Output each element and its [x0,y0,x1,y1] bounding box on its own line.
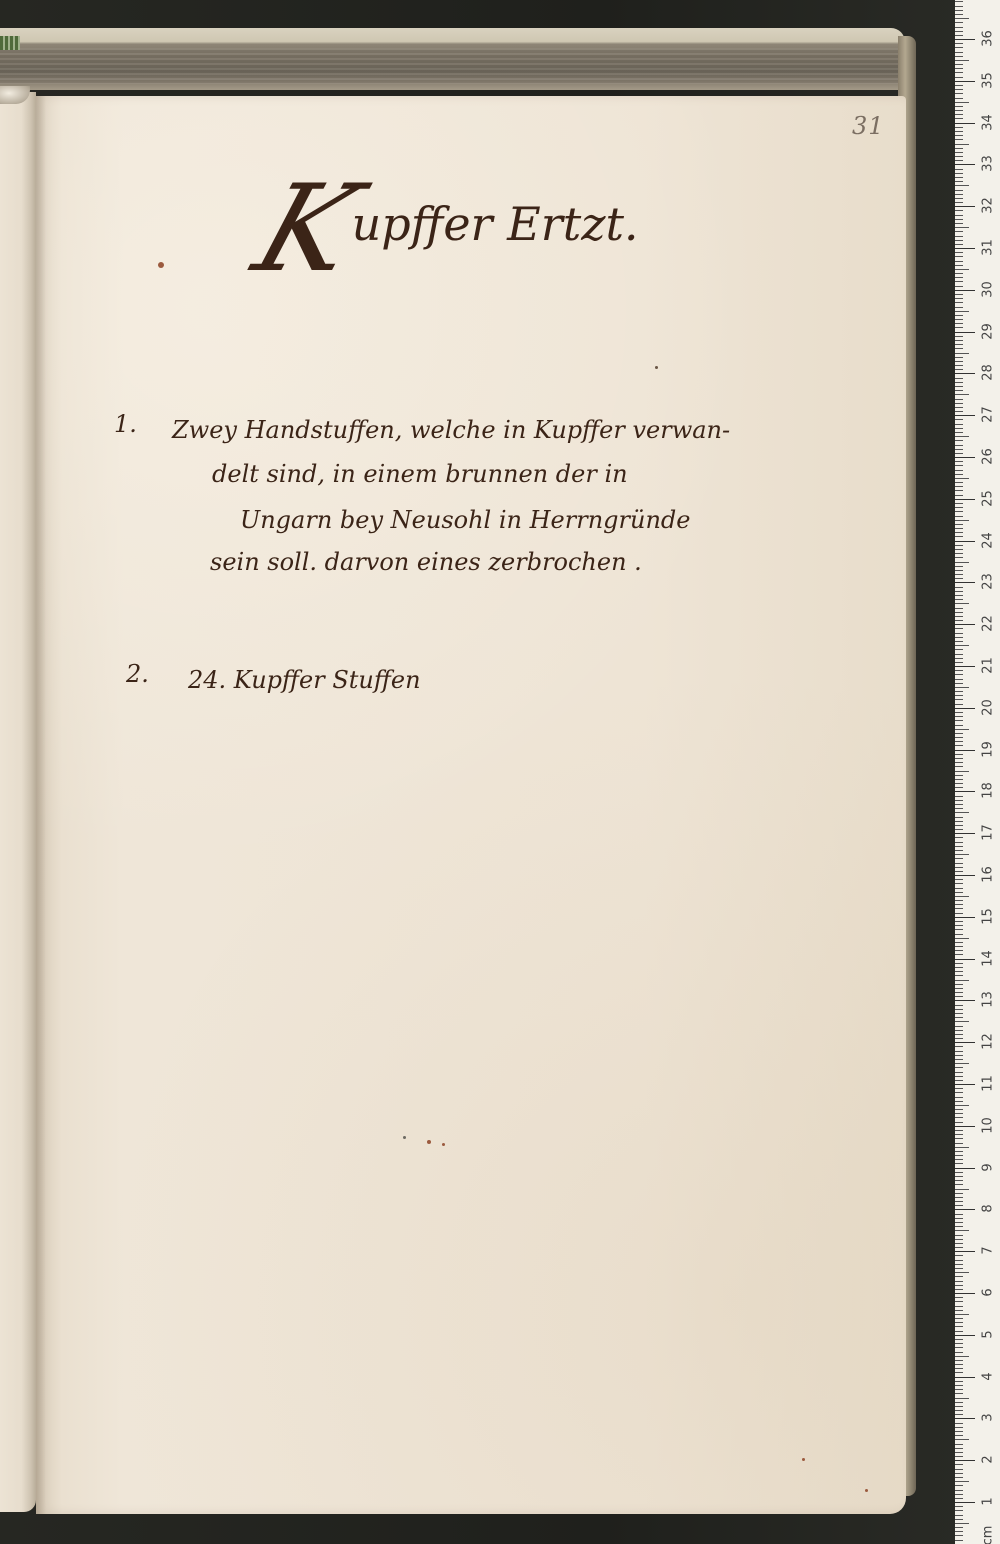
ruler-tick [955,1444,963,1445]
ruler-label: 7 [981,1240,996,1262]
ruler-tick [955,114,963,115]
ruler-tick [955,1059,963,1060]
ruler-tick [955,963,963,964]
ruler-tick [955,14,963,15]
ruler-tick [955,1034,963,1035]
ruler-tick [955,1134,963,1135]
ruler-tick [955,490,963,491]
ruler-tick [955,1456,963,1457]
ruler-label: 3 [981,1407,996,1429]
ruler-tick [955,93,963,94]
ruler-tick [955,733,963,734]
ruler-tick [955,804,963,805]
ruler-tick [955,624,975,625]
ruler-tick [955,545,963,546]
ruler-tick [955,1473,963,1474]
folio-number: 31 [852,112,885,140]
ruler-tick [955,1067,963,1068]
ruler-tick [955,68,963,69]
ruler-tick [955,1055,963,1056]
ruler-tick [955,227,969,228]
ruler-label: 22 [981,613,996,635]
ruler-tick [955,302,963,303]
ruler-tick [955,102,969,103]
ruler-tick [955,1051,963,1052]
ruler-tick [955,373,975,374]
ruler-tick [955,1235,963,1236]
ruler-tick [955,1197,963,1198]
ruler-tick [955,43,963,44]
ruler-tick [955,516,963,517]
ruler-tick [955,612,963,613]
ruler-tick [955,495,963,496]
ruler-tick [955,1485,963,1486]
ruler-tick [955,390,963,391]
ruler-tick [955,135,963,136]
ruler-tick [955,219,963,220]
ruler-tick [955,223,963,224]
ruler-tick [955,486,963,487]
ruler-label: 17 [981,822,996,844]
ruler-tick [955,1072,963,1073]
ruler-label: 27 [981,404,996,426]
ruler-tick [955,1017,963,1018]
ruler-label: 9 [981,1156,996,1178]
ruler-tick [955,315,963,316]
ruler-tick [955,206,975,207]
ruler-tick [955,1230,969,1231]
ruler-tick [955,164,975,165]
ruler-tick [955,72,963,73]
ruler-tick [955,1377,975,1378]
entry-line: sein soll. darvon eines zerbrochen . [210,540,642,584]
ruler-tick [955,954,963,955]
ruler-tick [955,1251,975,1252]
ruler-tick [955,988,963,989]
ruler-tick [955,1092,963,1093]
ruler-tick [955,261,963,262]
ruler-tick [955,566,963,567]
ruler-tick [955,47,963,48]
ruler-label: 18 [981,780,996,802]
ruler-tick [955,449,963,450]
ruler-tick [955,708,975,709]
ruler-tick [955,403,963,404]
ruler-tick [955,1084,975,1085]
paper-speck [655,366,658,369]
ruler-tick [955,716,963,717]
ruler-tick [955,1285,963,1286]
ruler-tick [955,6,963,7]
ruler-tick [955,821,963,822]
ruler-tick [955,1490,963,1491]
ruler-tick [955,1276,963,1277]
ruler-tick [955,975,963,976]
ruler-tick [955,971,963,972]
ruler-tick [955,148,963,149]
ruler-tick [955,1293,975,1294]
ruler-tick [955,796,963,797]
ruler-tick [955,499,975,500]
ruler-tick [955,39,975,40]
ruler-tick [955,332,975,333]
ruler-tick [955,311,969,312]
ruler-tick [955,1026,963,1027]
ruler-tick [955,336,963,337]
ruler-tick [955,1163,963,1164]
ruler-tick [955,754,963,755]
ruler-tick [955,1209,975,1210]
ruler-tick [955,1046,963,1047]
ruler-tick [955,265,963,266]
ruler-tick [955,323,963,324]
ruler-tick [955,194,963,195]
ruler-tick [955,440,963,441]
ruler-tick [955,996,963,997]
ruler-tick [955,1540,963,1541]
ruler-tick [955,1042,975,1043]
ruler-tick [955,791,975,792]
ruler-tick [955,1435,963,1436]
ruler-tick [955,89,963,90]
ruler-tick [955,60,969,61]
ruler-tick [955,528,963,529]
ruler-tick [955,704,963,705]
ruler-tick [955,1372,963,1373]
ruler-tick [955,1427,963,1428]
ruler-tick [955,1502,975,1503]
ruler-tick [955,482,963,483]
ruler-tick [955,394,969,395]
ruler-tick [955,1218,963,1219]
ruler-tick [955,1117,963,1118]
ruler-tick [955,946,963,947]
ruler-tick [955,1439,969,1440]
ruler-tick [955,691,963,692]
ruler-label: 6 [981,1282,996,1304]
ruler-label: 14 [981,947,996,969]
ruler-tick [955,532,963,533]
ruler-tick [955,745,963,746]
ruler-tick [955,511,963,512]
ruler-tick [955,917,975,918]
ruler-tick [955,725,963,726]
ruler-tick [955,139,963,140]
ruler-tick [955,787,963,788]
ruler-label: 8 [981,1198,996,1220]
ruler-tick [955,687,969,688]
ruler-tick [955,779,963,780]
ruler-label: 19 [981,738,996,760]
ruler-tick [955,127,963,128]
ruler-label: 31 [981,237,996,259]
ruler-tick [955,1368,963,1369]
ruler-tick [955,829,963,830]
ruler-tick [955,290,975,291]
ruler-tick [955,1335,975,1336]
ruler-tick [955,1255,963,1256]
ruler-tick [955,800,963,801]
ruler-tick [955,173,963,174]
ruler-tick [955,1469,963,1470]
ruler-tick [955,474,963,475]
ruler-tick [955,1418,975,1419]
ruler-tick [955,942,963,943]
ruler-label: 34 [981,111,996,133]
ruler-tick [955,1088,963,1089]
ruler-tick [955,269,969,270]
ruler-tick [955,1410,963,1411]
ruler-tick [955,281,963,282]
ruler-tick [955,1494,963,1495]
ruler-label: 11 [981,1073,996,1095]
ruler-tick [955,1205,963,1206]
ruler-tick [955,616,963,617]
entry-line: 24. Kupffer Stuffen [188,658,421,702]
ruler-tick [955,56,963,57]
ruler-tick [955,244,963,245]
ruler-tick [955,64,963,65]
ruler-tick [955,641,963,642]
ruler-tick [955,737,963,738]
ruler-tick [955,1477,963,1478]
ruler-tick [955,1339,963,1340]
ruler-tick [955,294,963,295]
ruler-tick [955,461,963,462]
ruler-label: 30 [981,278,996,300]
ruler-tick [955,252,963,253]
ruler-tick [955,1063,969,1064]
page-gutter-shadow [36,96,46,1514]
ruler-tick [955,1193,963,1194]
ruler-tick [955,1414,963,1415]
ruler-tick [955,1159,963,1160]
book-cover-tab [0,36,20,50]
ruler-tick [955,1297,963,1298]
ruler-label: 28 [981,362,996,384]
ruler-tick [955,1326,963,1327]
ruler-tick [955,1452,963,1453]
ruler-tick [955,1009,963,1010]
ruler-tick [955,1310,963,1311]
ruler-tick [955,574,963,575]
ruler-tick [955,654,963,655]
ruler-tick [955,240,963,241]
ruler-tick [955,470,963,471]
heading-initial: K [243,170,372,290]
ruler-tick [955,854,969,855]
ruler-tick [955,712,963,713]
ruler-tick [955,536,963,537]
ruler-tick [955,1243,963,1244]
ruler-tick [955,1105,969,1106]
ruler-tick [955,1222,963,1223]
ruler-label: 15 [981,905,996,927]
ruler-tick [955,591,963,592]
ruler-tick [955,35,963,36]
ruler-tick [955,603,969,604]
ruler-tick [955,307,963,308]
ruler-tick [955,22,963,23]
ruler-tick [955,1314,969,1315]
entry-number: 2. [126,660,149,688]
ruler-tick [955,1176,963,1177]
ruler-tick [955,1498,963,1499]
ruler-tick [955,1021,969,1022]
ruler-tick [955,750,975,751]
ruler-tick [955,1264,963,1265]
ruler-tick [955,879,963,880]
ruler-tick [955,812,969,813]
ruler-tick [955,599,963,600]
ruler-tick [955,645,969,646]
ruler-tick [955,587,963,588]
ruler-tick [955,382,963,383]
ruler-label: 20 [981,696,996,718]
ruler-tick [955,507,963,508]
entry-number: 1. [114,410,137,438]
ruler-tick [955,378,963,379]
ruler-label: 12 [981,1031,996,1053]
paper-speck [403,1136,406,1139]
ruler-tick [955,432,963,433]
ruler-tick [955,1214,963,1215]
ruler-tick [955,407,963,408]
ruler-tick [955,31,963,32]
ruler-tick [955,741,963,742]
ruler-tick [955,236,963,237]
ruler-tick [955,1201,963,1202]
ruler-tick [955,1381,963,1382]
ruler-tick [955,177,963,178]
ruler-tick [955,503,963,504]
ruler-tick [955,210,963,211]
ruler-tick [955,683,963,684]
ruler-tick [955,771,969,772]
ruler-tick [955,1268,963,1269]
ruler-tick [955,457,975,458]
ruler-label: 23 [981,571,996,593]
ruler-tick [955,921,963,922]
ruler-tick [955,1101,963,1102]
ruler-tick [955,231,963,232]
ruler-tick [955,1113,963,1114]
ruler-tick [955,695,963,696]
ruler-tick [955,1360,963,1361]
ruler-unit-label: cm [981,1525,996,1544]
ruler-tick [955,411,963,412]
ruler-tick [955,77,963,78]
ruler-tick [955,1460,975,1461]
ruler-tick [955,980,969,981]
ruler-tick [955,365,963,366]
ruler-tick [955,465,963,466]
ruler-tick [955,595,963,596]
ruler-tick [955,541,975,542]
ruler-tick [955,98,963,99]
ruler-tick [955,202,963,203]
ruler-tick [955,353,969,354]
ruler-tick [955,1347,963,1348]
ruler-tick [955,1531,963,1532]
paper-speck [802,1458,805,1461]
ruler-tick [955,348,963,349]
ruler-tick [955,160,963,161]
ruler-label: 13 [981,989,996,1011]
paper-speck [442,1143,445,1146]
ruler-tick [955,929,963,930]
ruler-tick [955,1423,963,1424]
entry-line: Zwey Handstuffen, welche in Kupffer verw… [172,408,730,452]
ruler-tick [955,1272,969,1273]
ruler-tick [955,1138,963,1139]
ruler-tick [955,478,969,479]
ruler-tick [955,1318,963,1319]
ruler-tick [955,925,963,926]
paper-speck [158,262,164,268]
ruler-tick [955,248,975,249]
ruler-tick [955,670,963,671]
ruler-tick [955,825,963,826]
ruler-tick [955,1013,963,1014]
ruler-tick [955,992,963,993]
ruler-tick [955,1385,963,1386]
ruler-tick [955,950,963,951]
ruler-tick [955,808,963,809]
ruler-tick [955,871,963,872]
ruler-tick [955,867,963,868]
page-heading: Kupffer Ertzt. [262,170,639,290]
ruler-label: 4 [981,1365,996,1387]
ruler-tick [955,424,963,425]
ruler-tick [955,1389,963,1390]
ruler-tick [955,934,963,935]
ruler-tick [955,1322,963,1323]
ruler-tick [955,833,975,834]
ruler-tick [955,557,963,558]
ruler-label: 5 [981,1323,996,1345]
ruler-tick [955,520,969,521]
ruler-tick [955,118,963,119]
ruler-tick [955,633,963,634]
ruler-tick [955,428,963,429]
ruler-tick [955,1448,963,1449]
ruler-tick [955,896,969,897]
ruler-tick [955,81,975,82]
ruler-tick [955,758,963,759]
ruler-tick [955,1535,963,1536]
ruler-tick [955,369,963,370]
ruler-tick [955,131,963,132]
ruler-tick [955,620,963,621]
ruler-tick [955,570,963,571]
ruler-tick [955,386,963,387]
ruler-tick [955,1356,969,1357]
ruler-tick [955,1289,963,1290]
ruler-tick [955,762,963,763]
ruler-tick [955,959,975,960]
ruler-tick [955,662,963,663]
ruler-tick [955,649,963,650]
ruler-label: 1 [981,1491,996,1513]
ruler-tick [955,298,963,299]
ruler-label: 35 [981,69,996,91]
ruler-tick [955,1306,963,1307]
ruler-label: 25 [981,487,996,509]
entry-line: Ungarn bey Neusohl in Herrngründe [240,498,690,542]
ruler-tick [955,913,963,914]
ruler-label: 10 [981,1114,996,1136]
